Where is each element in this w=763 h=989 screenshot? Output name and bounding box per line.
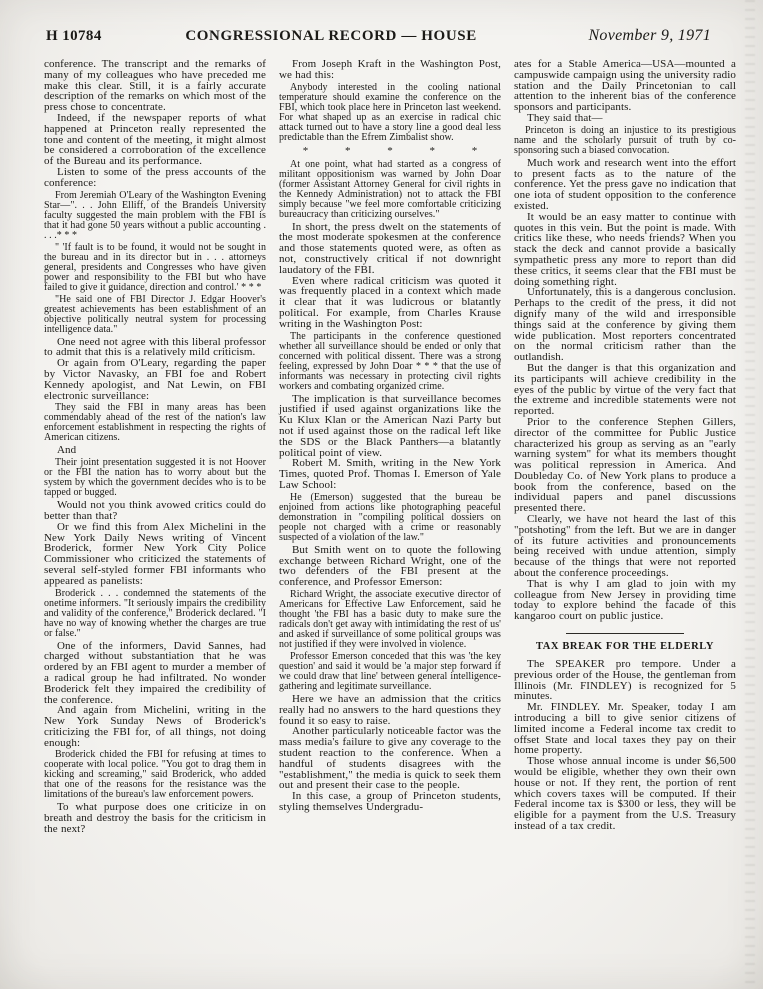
quoted-extract: Anybody interested in the cooling nation… <box>279 83 501 143</box>
quoted-extract: "He said one of FBI Director J. Edgar Ho… <box>44 295 266 335</box>
paragraph: The implication is that surveillance bec… <box>279 394 501 459</box>
column-container: conference. The transcript and the remar… <box>0 49 763 835</box>
paragraph: Mr. FINDLEY. Mr. Speaker, today I am int… <box>514 702 736 756</box>
paragraph: Those whose annual income is under $6,50… <box>514 756 736 832</box>
paragraph: Or again from O'Leary, regarding the pap… <box>44 358 266 401</box>
text-column: conference. The transcript and the remar… <box>44 59 266 835</box>
paragraph: Here we have an admission that the criti… <box>279 694 501 726</box>
quoted-extract: Their joint presentation suggested it is… <box>44 458 266 498</box>
paragraph: In this case, a group of Princeton stude… <box>279 791 501 813</box>
paragraph: And again from Michelini, writing in the… <box>44 705 266 748</box>
quoted-extract: Richard Wright, the associate executive … <box>279 590 501 650</box>
paragraph: But Smith went on to quote the following… <box>279 545 501 588</box>
paragraph: One need not agree with this liberal pro… <box>44 337 266 359</box>
paragraph: Prior to the conference Stephen Gillers,… <box>514 417 736 514</box>
paragraph: And <box>44 445 266 456</box>
section-rule <box>566 633 684 634</box>
paragraph: conference. The transcript and the remar… <box>44 59 266 113</box>
quoted-extract: They said the FBI in many areas has been… <box>44 403 266 443</box>
quoted-extract: " 'If fault is to be found, it would not… <box>44 243 266 293</box>
paragraph: It would be an easy matter to continue w… <box>514 212 736 288</box>
paragraph: Another particularly noticeable factor w… <box>279 726 501 791</box>
paragraph: Clearly, we have not heard the last of t… <box>514 514 736 579</box>
paragraph: Robert M. Smith, writing in the New York… <box>279 458 501 490</box>
paragraph: Unfortunately, this is a dangerous concl… <box>514 287 736 363</box>
paragraph: Much work and research went into the eff… <box>514 158 736 212</box>
paragraph: ates for a Stable America—USA—mounted a … <box>514 59 736 113</box>
quoted-extract: At one point, what had started as a cong… <box>279 160 501 220</box>
paragraph: They said that— <box>514 113 736 124</box>
paragraph: Or we find this from Alex Michelini in t… <box>44 522 266 587</box>
stars-separator: * * * * * <box>279 145 501 158</box>
paragraph: To what purpose does one criticize in on… <box>44 802 266 834</box>
quoted-extract: From Jeremiah O'Leary of the Washington … <box>44 191 266 241</box>
masthead-title: CONGRESSIONAL RECORD — HOUSE <box>185 28 476 45</box>
page-number: H 10784 <box>46 28 102 45</box>
paragraph: Indeed, if the newspaper reports of what… <box>44 113 266 167</box>
quoted-extract: Professor Emerson conceded that this was… <box>279 652 501 692</box>
paragraph: Even where radical criticism was quoted … <box>279 276 501 330</box>
paragraph: Would not you think avowed critics could… <box>44 500 266 522</box>
congressional-record-page: H 10784 CONGRESSIONAL RECORD — HOUSE Nov… <box>0 0 763 989</box>
paragraph: From Joseph Kraft in the Washington Post… <box>279 59 501 81</box>
quoted-extract: The participants in the conference quest… <box>279 332 501 392</box>
paragraph: In short, the press dwelt on the stateme… <box>279 222 501 276</box>
text-column: From Joseph Kraft in the Washington Post… <box>279 59 501 835</box>
page-header: H 10784 CONGRESSIONAL RECORD — HOUSE Nov… <box>46 27 711 45</box>
quoted-extract: Broderick chided the FBI for refusing at… <box>44 750 266 800</box>
issue-date: November 9, 1971 <box>588 27 711 45</box>
paragraph: One of the informers, David Sannes, had … <box>44 641 266 706</box>
quoted-extract: He (Emerson) suggested that the bureau b… <box>279 493 501 543</box>
paragraph: Listen to some of the press accounts of … <box>44 167 266 189</box>
text-column: ates for a Stable America—USA—mounted a … <box>514 59 736 835</box>
paragraph: But the danger is that this organization… <box>514 363 736 417</box>
paragraph: The SPEAKER pro tempore. Under a previou… <box>514 659 736 702</box>
quoted-extract: Princeton is doing an injustice to its p… <box>514 126 736 156</box>
quoted-extract: Broderick . . . condemned the statements… <box>44 589 266 639</box>
paragraph: That is why I am glad to join with my co… <box>514 579 736 622</box>
section-heading: TAX BREAK FOR THE ELDERLY <box>514 641 736 653</box>
